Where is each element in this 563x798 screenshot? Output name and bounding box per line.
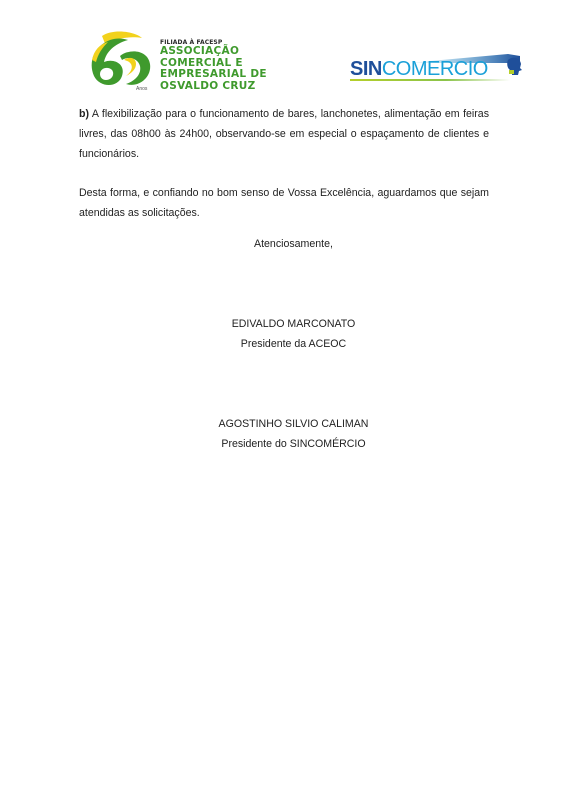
signature-block: EDIVALDO MARCONATO Presidente da ACEOC: [12, 314, 563, 354]
sixty-years-emblem-icon: Anos: [84, 30, 154, 92]
closing-paragraph: Desta forma, e confiando no bom senso de…: [79, 183, 489, 223]
signatory-name: AGOSTINHO SILVIO CALIMAN: [12, 414, 563, 434]
sincomercio-logo: SINCOMERCIO: [348, 52, 524, 82]
sincomercio-prefix: SIN: [350, 58, 382, 80]
aceoc-logo: Anos FILIADA À FACESP ASSOCIAÇÃO COMERCI…: [84, 30, 264, 92]
signatory-title: Presidente da ACEOC: [12, 334, 563, 354]
signature-block: AGOSTINHO SILVIO CALIMAN Presidente do S…: [12, 414, 563, 454]
document-page: Anos FILIADA À FACESP ASSOCIAÇÃO COMERCI…: [0, 0, 563, 798]
aceoc-name-line: OSVALDO CRUZ: [160, 81, 267, 93]
aceoc-name: FILIADA À FACESP ASSOCIAÇÃO COMERCIAL E …: [160, 39, 267, 92]
salutation: Atenciosamente,: [12, 234, 563, 254]
sincomercio-wordmark: SINCOMERCIO: [350, 58, 488, 81]
item-label: b): [79, 108, 89, 120]
aceoc-name-line: ASSOCIAÇÃO: [160, 46, 267, 58]
paragraph-b-text: A flexibilização para o funcionamento de…: [79, 108, 489, 160]
svg-text:Anos: Anos: [136, 86, 148, 92]
head-profile-icon: [506, 56, 522, 76]
sincomercio-suffix: COMERCIO: [382, 58, 488, 80]
signatory-title: Presidente do SINCOMÉRCIO: [12, 434, 563, 454]
paragraph-b: b) A flexibilização para o funcionamento…: [79, 104, 489, 164]
signatory-name: EDIVALDO MARCONATO: [12, 314, 563, 334]
logo-underline: [350, 79, 510, 81]
